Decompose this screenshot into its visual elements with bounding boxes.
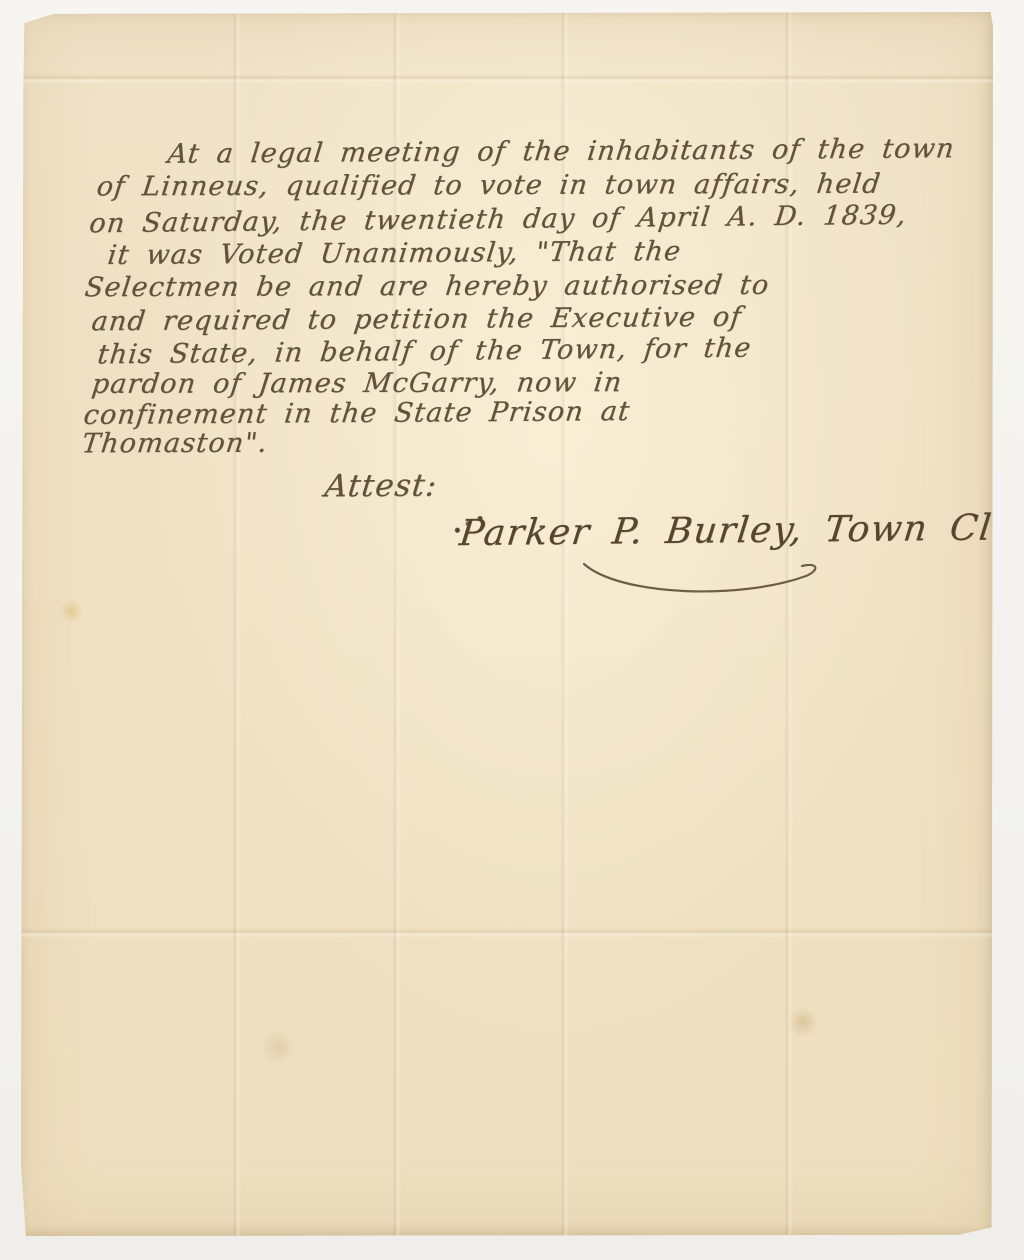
stain-mark bbox=[786, 1008, 820, 1036]
fold-crease-horizontal-top bbox=[20, 74, 993, 84]
scan-background: At a legal meeting of the inhabitants of… bbox=[0, 0, 1024, 1260]
handwritten-line-1: At a legal meeting of the inhabitants of… bbox=[166, 133, 957, 169]
handwritten-line-10: Thomaston". bbox=[80, 428, 270, 460]
attest-label: Attest: bbox=[323, 468, 440, 505]
handwritten-line-7: this State, in behalf of the Town, for t… bbox=[96, 333, 753, 371]
handwritten-line-5: Selectmen be and are hereby authorised t… bbox=[83, 270, 771, 303]
handwritten-line-4: it was Voted Unanimously, "That the bbox=[106, 236, 683, 271]
stain-mark bbox=[58, 600, 84, 622]
signature-town-clerk: Parker P. Burley, Town Clerk bbox=[457, 507, 1024, 554]
handwritten-line-6: and required to petition the Executive o… bbox=[90, 302, 744, 338]
handwritten-line-9: confinement in the State Prison at bbox=[82, 396, 632, 431]
stain-mark bbox=[258, 1032, 298, 1062]
handwritten-line-8: pardon of James McGarry, now in bbox=[90, 367, 624, 400]
fold-crease-horizontal-bottom bbox=[20, 928, 993, 938]
signature-flourish bbox=[580, 558, 840, 598]
handwritten-line-2: of Linneus, qualified to vote in town af… bbox=[95, 169, 883, 203]
document-paper: At a legal meeting of the inhabitants of… bbox=[20, 12, 993, 1236]
